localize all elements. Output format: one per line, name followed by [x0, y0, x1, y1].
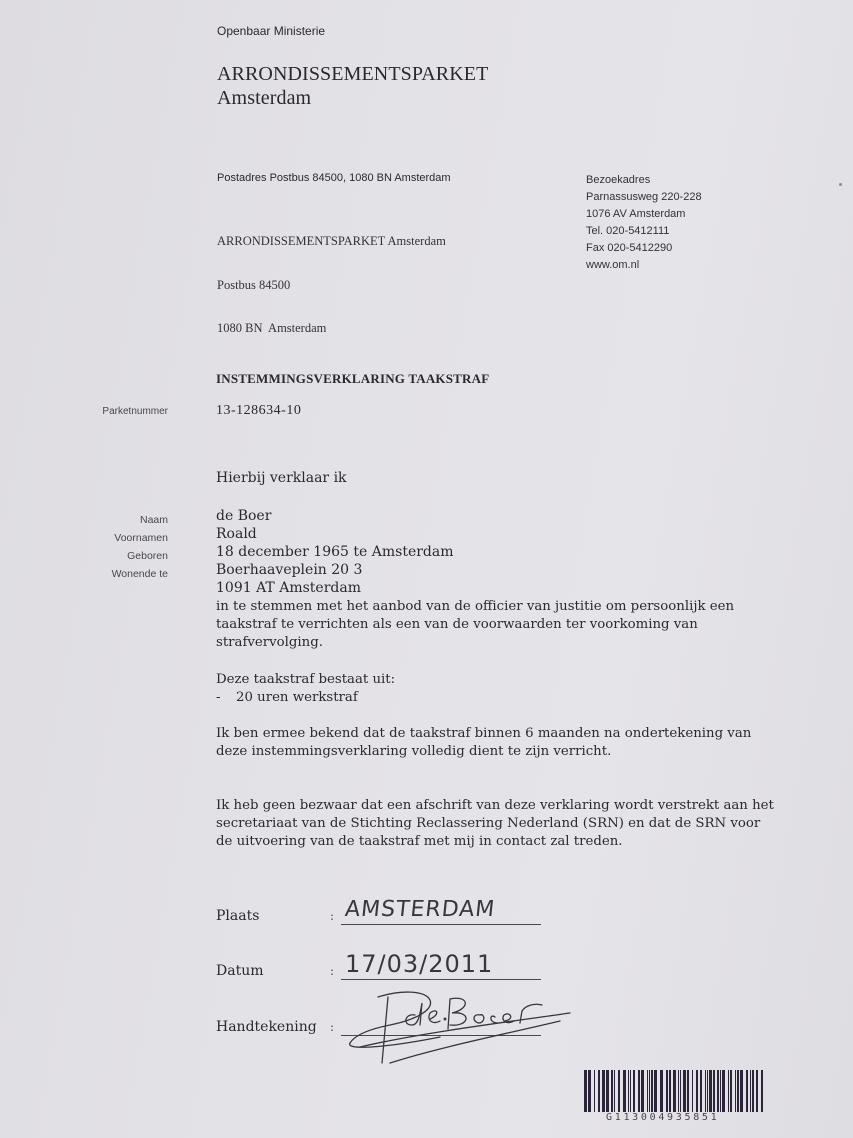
person-address-line2: 1091 AT Amsterdam — [216, 579, 454, 597]
document-title: INSTEMMINGSVERKLARING TAAKSTRAF — [216, 371, 489, 387]
datum-colon: : — [330, 964, 334, 978]
visit-fax: Fax 020-5412290 — [586, 240, 702, 257]
organization-name: Openbaar Ministerie — [217, 24, 325, 38]
plaats-label: Plaats — [216, 908, 259, 924]
visit-street: Parnassusweg 220-228 — [586, 189, 702, 206]
parket-number: 13-128634-10 — [216, 403, 301, 419]
visit-city: 1076 AV Amsterdam — [586, 206, 702, 223]
disclosure-paragraph: Ik heb geen bezwaar dat een afschrift va… — [216, 797, 776, 851]
document-page: Openbaar Ministerie ARRONDISSEMENTSPARKE… — [0, 0, 853, 1138]
label-wonende-te: Wonende te — [48, 565, 168, 583]
barcode-number: G113004935851 — [606, 1112, 719, 1123]
recipient-address: ARRONDISSEMENTSPARKET Amsterdam Postbus … — [217, 205, 446, 365]
visit-website: www.om.nl — [586, 257, 702, 274]
visit-heading: Bezoekadres — [586, 172, 702, 189]
bullet-dash: - — [216, 689, 236, 707]
recipient-line: Postbus 84500 — [217, 278, 446, 293]
sentence-paragraph: Deze taakstraf bestaat uit: - 20 uren we… — [216, 671, 776, 707]
person-geboren: 18 december 1965 te Amsterdam — [216, 543, 454, 561]
label-voornamen: Voornamen — [48, 529, 168, 547]
person-details: de Boer Roald 18 december 1965 te Amster… — [216, 507, 454, 597]
sentence-item-text: 20 uren werkstraf — [236, 689, 358, 707]
office-title: ARRONDISSEMENTSPARKET Amsterdam — [217, 62, 488, 110]
plaats-line — [341, 924, 541, 925]
recipient-line: ARRONDISSEMENTSPARKET Amsterdam — [217, 234, 446, 249]
plaats-colon: : — [330, 909, 334, 923]
visit-phone: Tel. 020-5412111 — [586, 223, 702, 240]
sentence-intro: Deze taakstraf bestaat uit: — [216, 671, 776, 689]
office-title-line1: ARRONDISSEMENTSPARKET — [217, 62, 488, 86]
plaats-handwritten: AMSTERDAM — [344, 897, 497, 922]
parket-label: Parketnummer — [48, 406, 168, 417]
datum-label: Datum — [216, 963, 264, 979]
ink-speck — [839, 183, 842, 186]
sentence-item: - 20 uren werkstraf — [216, 689, 776, 707]
office-title-line2: Amsterdam — [217, 86, 488, 110]
label-geboren: Geboren — [48, 547, 168, 565]
signature-scribble — [330, 985, 590, 1065]
postal-address-line: Postadres Postbus 84500, 1080 BN Amsterd… — [217, 172, 451, 184]
person-address-line1: Boerhaaveplein 20 3 — [216, 561, 454, 579]
person-naam: de Boer — [216, 507, 454, 525]
recipient-line: 1080 BN Amsterdam — [217, 321, 446, 336]
visit-address: Bezoekadres Parnassusweg 220-228 1076 AV… — [586, 172, 702, 274]
label-naam: Naam — [48, 511, 168, 529]
consent-paragraph: in te stemmen met het aanbod van de offi… — [216, 598, 776, 652]
handtekening-label: Handtekening — [216, 1019, 317, 1035]
person-labels: Naam Voornamen Geboren Wonende te — [48, 511, 168, 583]
datum-handwritten: 17/03/2011 — [345, 950, 493, 978]
declaration-intro: Hierbij verklaar ik — [216, 470, 347, 486]
barcode — [584, 1070, 764, 1112]
datum-line — [341, 979, 541, 980]
deadline-paragraph: Ik ben ermee bekend dat de taakstraf bin… — [216, 725, 776, 761]
person-voornamen: Roald — [216, 525, 454, 543]
